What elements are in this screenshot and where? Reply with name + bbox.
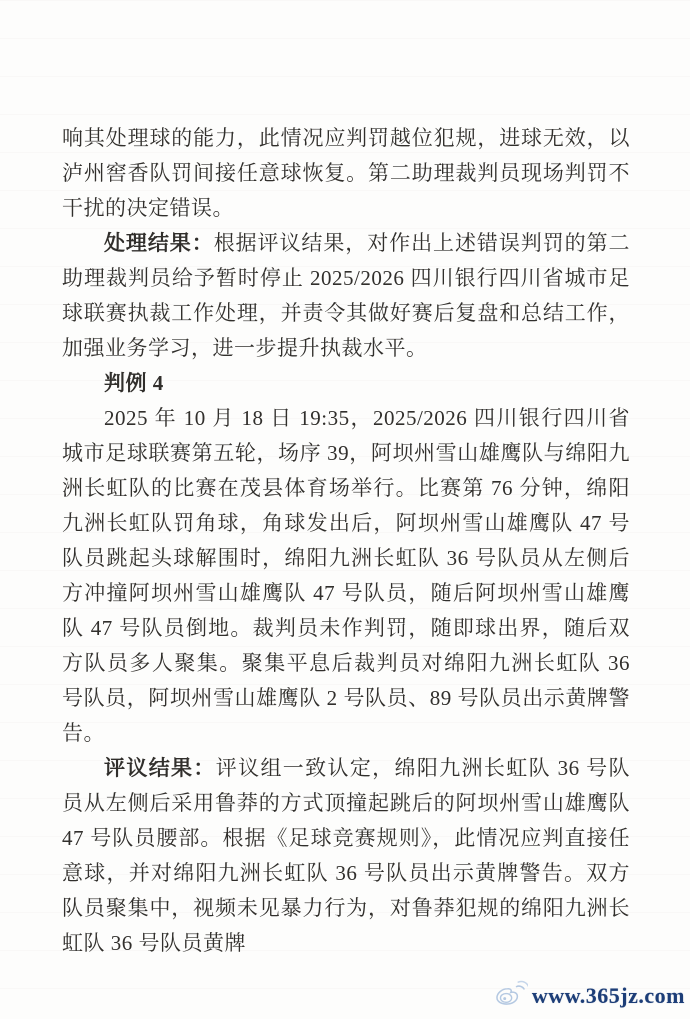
review-result-label: 评议结果： xyxy=(104,756,216,780)
paragraph-text: 2025 年 10 月 18 日 19:35，2025/2026 四川银行四川省… xyxy=(62,406,630,745)
case-4-description-paragraph: 2025 年 10 月 18 日 19:35，2025/2026 四川银行四川省… xyxy=(62,401,630,751)
paragraph-text: 响其处理球的能力，此情况应判罚越位犯规，进球无效，以泸州窖香队罚间接任意球恢复。… xyxy=(62,126,630,220)
review-result-paragraph: 评议结果：评议组一致认定，绵阳九洲长虹队 36 号队员从左侧后采用鲁莽的方式顶撞… xyxy=(62,751,630,961)
handling-result-label: 处理结果： xyxy=(104,231,214,255)
weibo-icon xyxy=(494,979,528,1012)
site-watermark: www.365jz.com xyxy=(494,979,685,1012)
document-body: 响其处理球的能力，此情况应判罚越位犯规，进球无效，以泸州窖香队罚间接任意球恢复。… xyxy=(62,121,630,961)
watermark-url: www.365jz.com xyxy=(532,983,685,1009)
continuation-paragraph: 响其处理球的能力，此情况应判罚越位犯规，进球无效，以泸州窖香队罚间接任意球恢复。… xyxy=(62,121,630,226)
handling-result-paragraph: 处理结果：根据评议结果，对作出上述错误判罚的第二助理裁判员给予暂时停止 2025… xyxy=(62,226,630,366)
paragraph-text: 评议组一致认定，绵阳九洲长虹队 36 号队员从左侧后采用鲁莽的方式顶撞起跳后的阿… xyxy=(62,756,630,955)
case-4-heading: 判例 4 xyxy=(62,366,630,401)
